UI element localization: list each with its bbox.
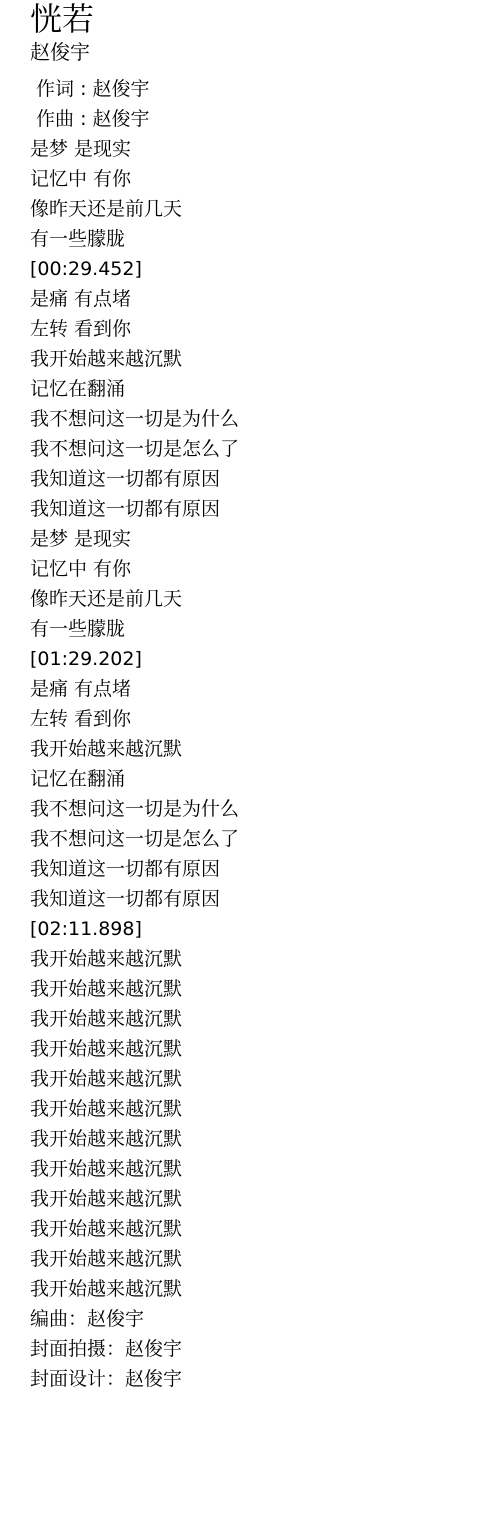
song-artist: 赵俊宇 <box>30 38 490 66</box>
lyric-line: 有一些朦胧 <box>30 614 490 644</box>
lyric-line: 是痛 有点堵 <box>30 674 490 704</box>
lyric-line: 左转 看到你 <box>30 314 490 344</box>
lyric-line: 我开始越来越沉默 <box>30 1094 490 1124</box>
lyric-line: 有一些朦胧 <box>30 224 490 254</box>
lyric-line: 我开始越来越沉默 <box>30 1124 490 1154</box>
lyric-line: 像昨天还是前几天 <box>30 194 490 224</box>
lyric-line: 我开始越来越沉默 <box>30 1154 490 1184</box>
lyric-line: 记忆在翻涌 <box>30 764 490 794</box>
lyric-line: 我开始越来越沉默 <box>30 1004 490 1034</box>
lyric-line: 封面拍摄：赵俊宇 <box>30 1334 490 1364</box>
lyric-line: 我开始越来越沉默 <box>30 1034 490 1064</box>
lyric-line: [01:29.202] <box>30 644 490 674</box>
lyrics-list: 作词 : 赵俊宇 作曲 : 赵俊宇是梦 是现实记忆中 有你像昨天还是前几天有一些… <box>30 74 490 1394</box>
lyric-line: 我开始越来越沉默 <box>30 974 490 1004</box>
lyric-line: 左转 看到你 <box>30 704 490 734</box>
lyric-line: 我知道这一切都有原因 <box>30 854 490 884</box>
lyric-line: 我开始越来越沉默 <box>30 1184 490 1214</box>
lyric-line: 我开始越来越沉默 <box>30 1214 490 1244</box>
lyric-line: 记忆中 有你 <box>30 164 490 194</box>
lyric-line: 我开始越来越沉默 <box>30 1244 490 1274</box>
lyric-line: 封面设计：赵俊宇 <box>30 1364 490 1394</box>
lyric-line: 我知道这一切都有原因 <box>30 884 490 914</box>
lyric-line: 作词 : 赵俊宇 <box>30 74 490 104</box>
lyric-line: 我不想问这一切是为什么 <box>30 794 490 824</box>
lyric-line: 记忆在翻涌 <box>30 374 490 404</box>
lyric-line: 我不想问这一切是怎么了 <box>30 824 490 854</box>
lyric-line: 编曲：赵俊宇 <box>30 1304 490 1334</box>
lyrics-page: 恍若 赵俊宇 作词 : 赵俊宇 作曲 : 赵俊宇是梦 是现实记忆中 有你像昨天还… <box>30 0 490 1394</box>
lyric-line: 我知道这一切都有原因 <box>30 494 490 524</box>
lyric-line: 像昨天还是前几天 <box>30 584 490 614</box>
lyric-line: 是梦 是现实 <box>30 524 490 554</box>
lyric-line: [00:29.452] <box>30 254 490 284</box>
lyric-line: 我开始越来越沉默 <box>30 344 490 374</box>
lyric-line: 我不想问这一切是怎么了 <box>30 434 490 464</box>
lyric-line: 我开始越来越沉默 <box>30 1274 490 1304</box>
lyric-line: 是痛 有点堵 <box>30 284 490 314</box>
lyric-line: 我开始越来越沉默 <box>30 734 490 764</box>
lyric-line: 是梦 是现实 <box>30 134 490 164</box>
lyric-line: 记忆中 有你 <box>30 554 490 584</box>
lyric-line: 作曲 : 赵俊宇 <box>30 104 490 134</box>
lyric-line: 我开始越来越沉默 <box>30 1064 490 1094</box>
lyric-line: 我不想问这一切是为什么 <box>30 404 490 434</box>
lyric-line: 我知道这一切都有原因 <box>30 464 490 494</box>
song-title: 恍若 <box>30 0 490 38</box>
lyric-line: 我开始越来越沉默 <box>30 944 490 974</box>
lyric-line: [02:11.898] <box>30 914 490 944</box>
